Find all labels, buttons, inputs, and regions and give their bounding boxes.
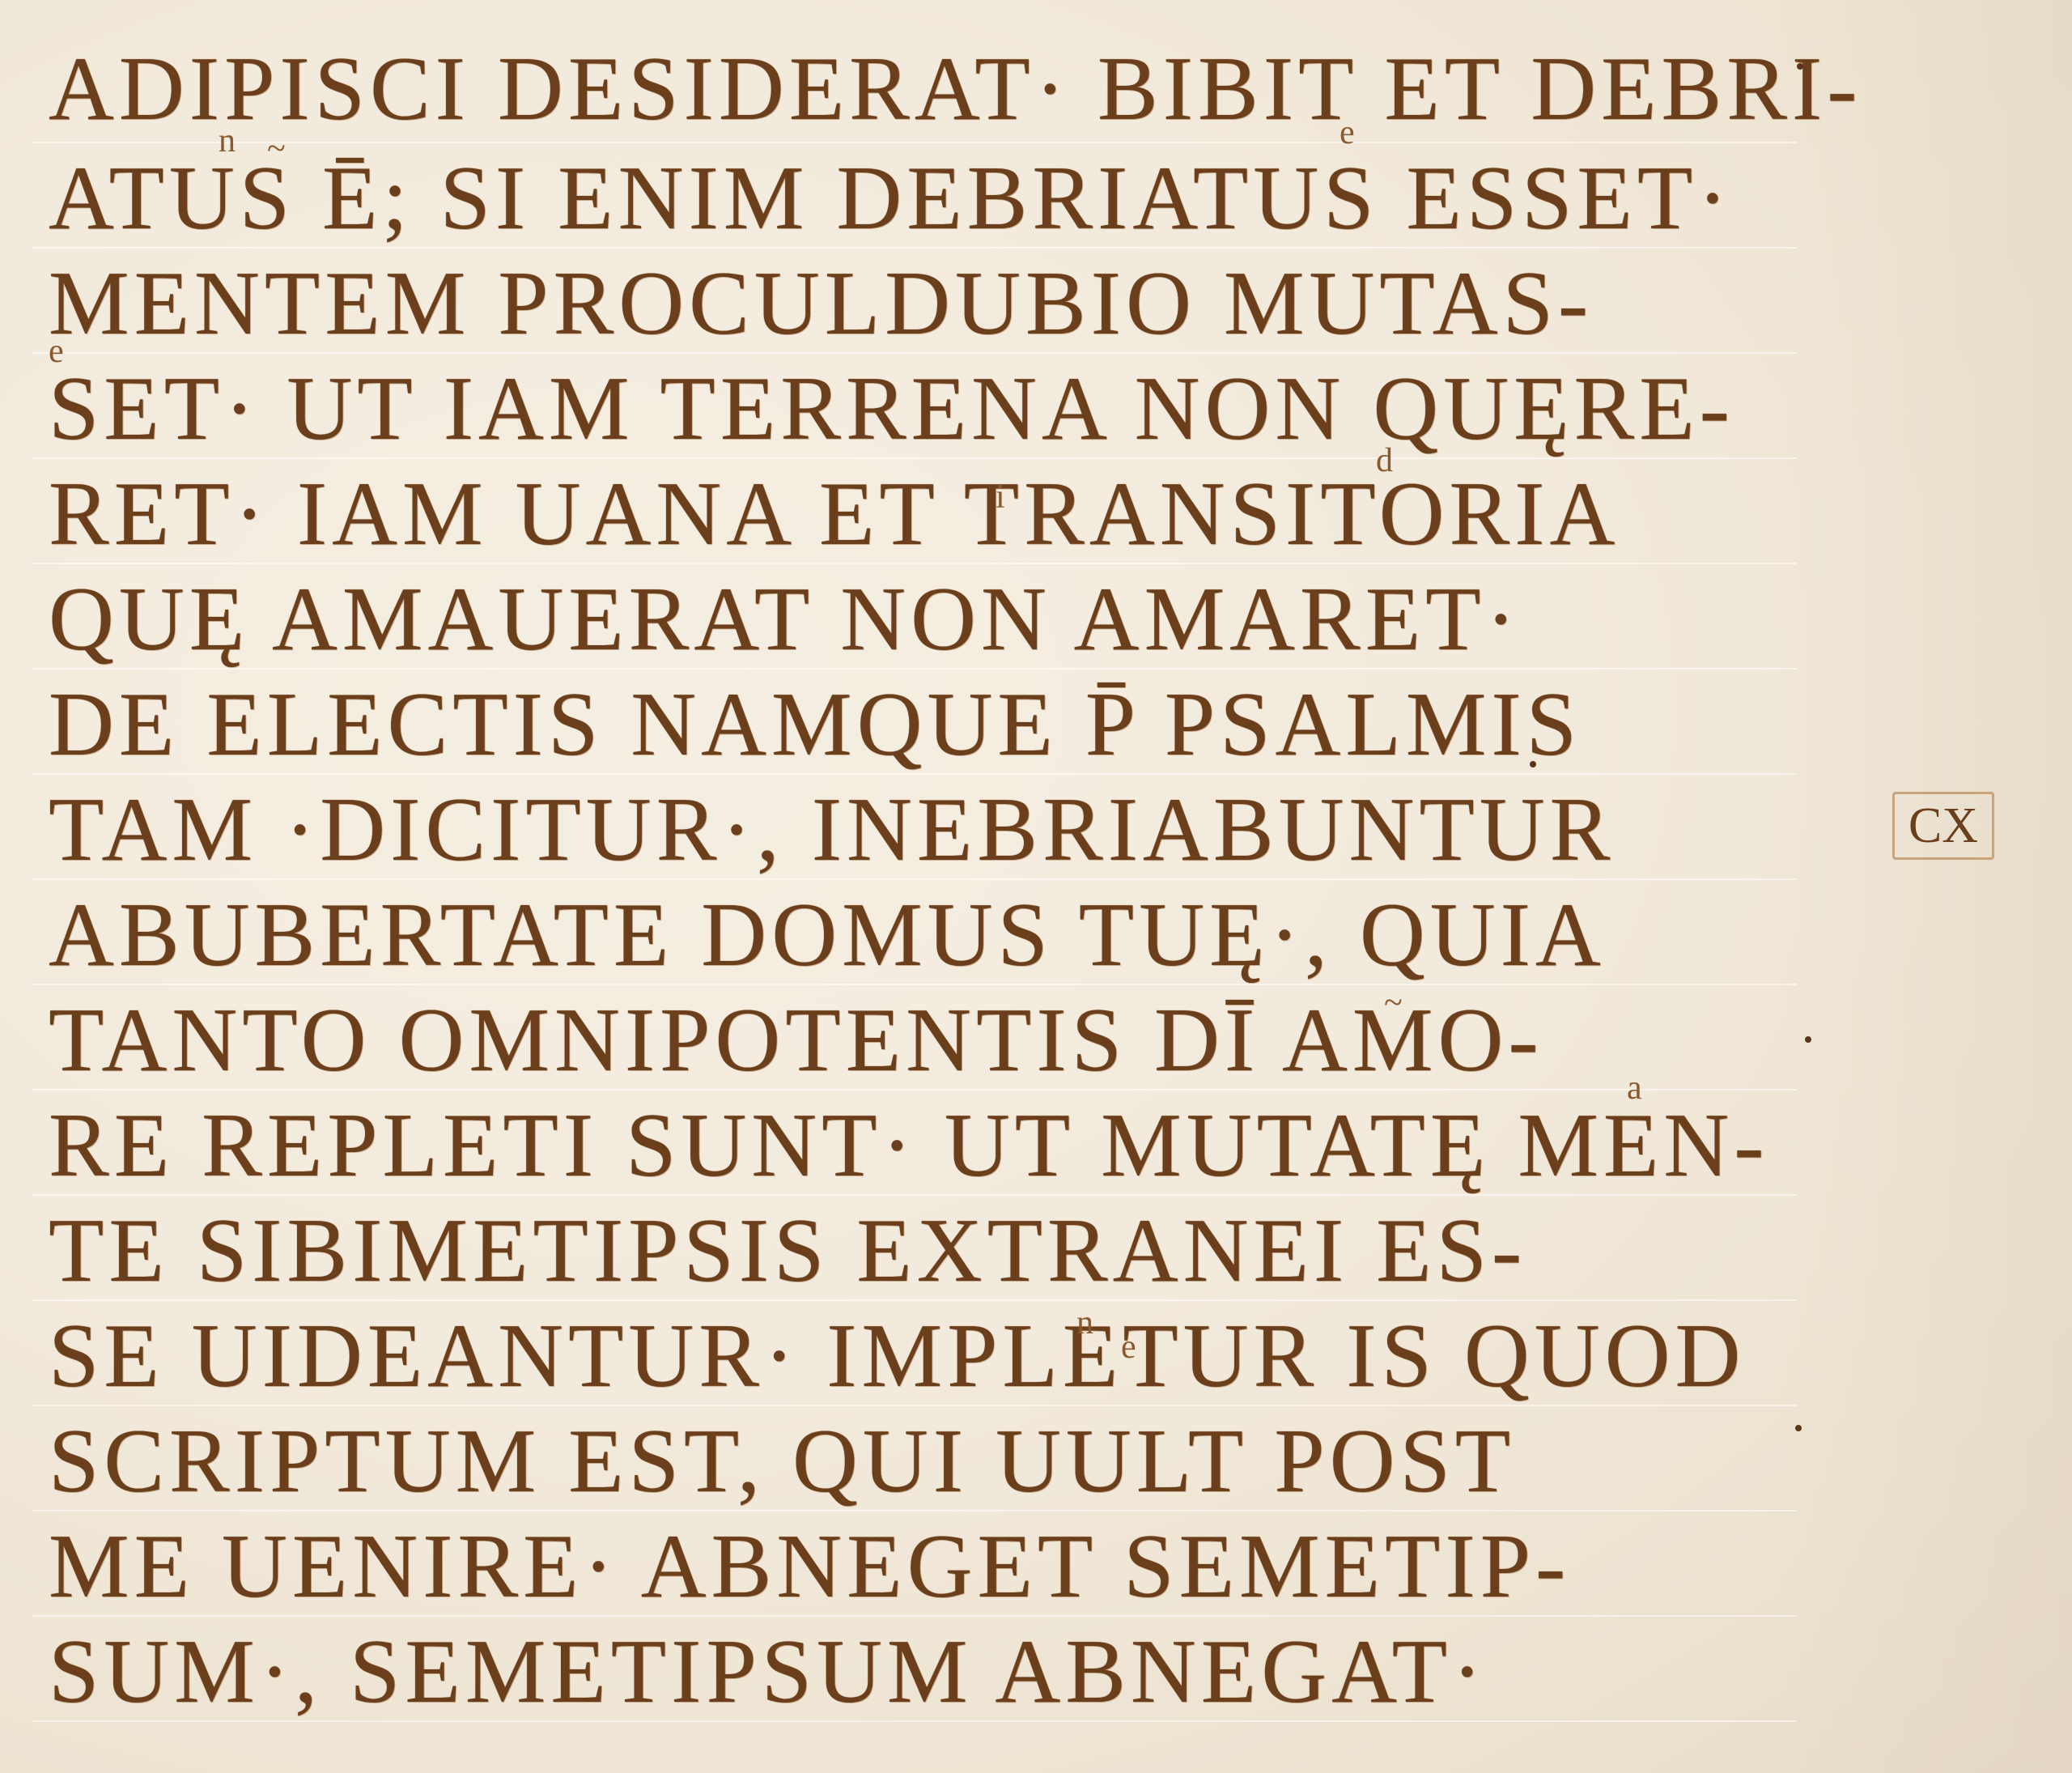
manuscript-line-11: RE REPLETI SUNT· UT MUTATĘ MEN- xyxy=(49,1089,1769,1202)
ink-dot xyxy=(1795,1425,1802,1431)
manuscript-line-12: TE SIBIMETIPSIS EXTRANEI ES- xyxy=(49,1194,1526,1307)
ink-dot xyxy=(1805,1036,1811,1043)
marginal-annotation-box: CX xyxy=(1892,792,1994,860)
manuscript-line-15: ME UENIRE· ABNEGET SEMETIP- xyxy=(49,1510,1570,1623)
manuscript-line-1: ADIPISCI DESIDERAT· BIBIT ET DEBRI- xyxy=(49,32,1862,146)
manuscript-line-2: ATUS Ē; SI ENIM DEBRIATUS ESSET· xyxy=(49,142,1733,255)
interlinear-gloss: e xyxy=(49,332,64,371)
manuscript-line-7: DE ELECTIS NAMQUE P̄ PSALMIS xyxy=(49,668,1582,781)
abbreviation-mark: ~ xyxy=(267,130,286,168)
interlinear-gloss: n xyxy=(1076,1303,1093,1342)
abbreviation-mark: ~ xyxy=(1384,984,1403,1023)
manuscript-line-6: QUĘ AMAUERAT NON AMARET· xyxy=(49,563,1521,676)
manuscript-line-4: SET· UT IAM TERRENA NON QUĘRE- xyxy=(49,352,1734,466)
manuscript-line-3: MENTEM PROCULDUBIO MUTAS- xyxy=(49,247,1593,360)
ink-dot xyxy=(1530,761,1536,767)
interlinear-gloss: d xyxy=(1376,441,1393,480)
interlinear-gloss: a xyxy=(1627,1069,1642,1108)
manuscript-line-9: ABUBERTATE DOMUS TUĘ·, QUIA xyxy=(49,878,1606,992)
interlinear-gloss: e xyxy=(1121,1328,1136,1367)
manuscript-line-10: TANTO OMNIPOTENTIS DĪ AMO- xyxy=(49,984,1543,1097)
manuscript-line-8: TAM ·DICITUR·, INEBRIABUNTUR xyxy=(49,773,1615,886)
interlinear-gloss: n xyxy=(219,121,236,160)
manuscript-line-13: SE UIDEANTUR· IMPLETUR IS QUOD xyxy=(49,1299,1745,1413)
ink-dot xyxy=(1797,63,1803,70)
interlinear-gloss: e xyxy=(1340,113,1355,152)
interlinear-gloss: i xyxy=(996,478,1005,517)
manuscript-line-14: SCRIPTUM EST, QUI UULT POST xyxy=(49,1405,1515,1518)
manuscript-line-16: SUM·, SEMETIPSUM ABNEGAT· xyxy=(49,1615,1487,1728)
